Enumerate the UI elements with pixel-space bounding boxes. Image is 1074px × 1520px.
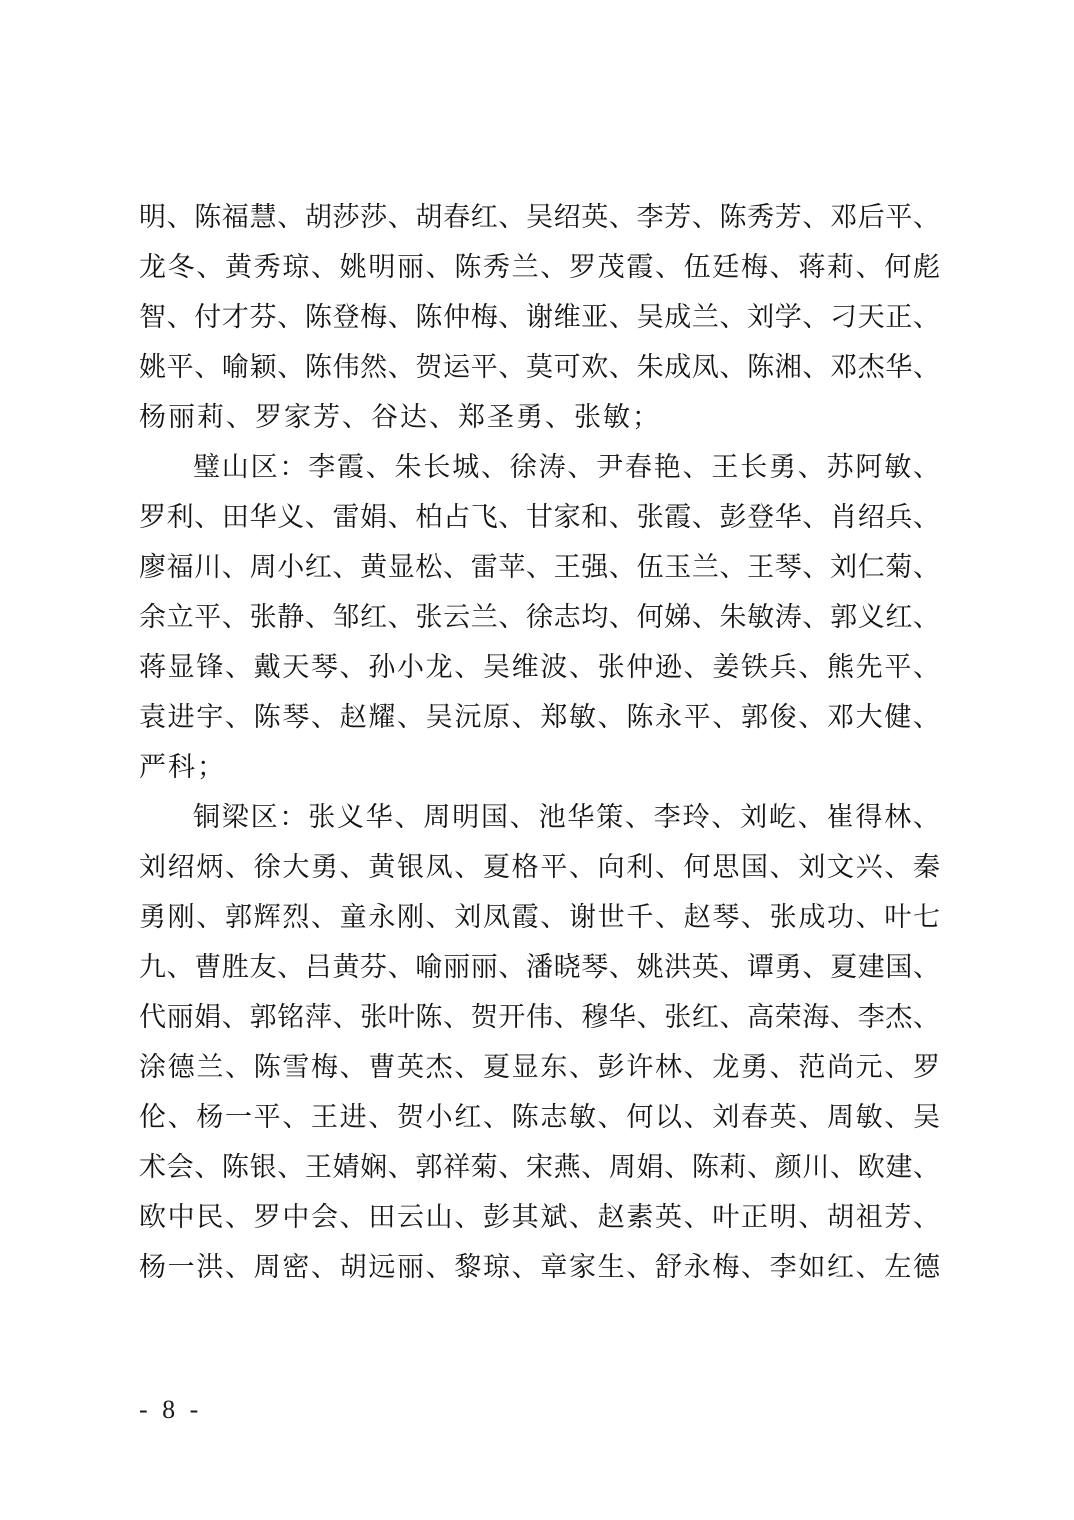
text-line: 涂德兰、陈雪梅、曹英杰、夏显东、彭许林、龙勇、范尚元、罗: [139, 1042, 940, 1092]
text-line: 智、付才芬、陈登梅、陈仲梅、谢维亚、吴成兰、刘学、刁天正、: [139, 292, 940, 342]
text-line: 罗利、田华义、雷娟、柏占飞、甘家和、张霞、彭登华、肖绍兵、: [139, 492, 940, 542]
text-line: 代丽娟、郭铭萍、张叶陈、贺开伟、穆华、张红、高荣海、李杰、: [139, 992, 940, 1042]
text-line: 蒋显锋、戴天琴、孙小龙、吴维波、张仲逊、姜铁兵、熊先平、: [139, 642, 940, 692]
page-number: - 8 -: [139, 1395, 202, 1425]
text-line-paragraph-end: 杨丽莉、罗家芳、谷达、郑圣勇、张敏；: [139, 392, 940, 442]
text-line: 龙冬、黄秀琼、姚明丽、陈秀兰、罗茂霞、伍廷梅、蒋莉、何彪: [139, 242, 940, 292]
text-line: 刘绍炳、徐大勇、黄银凤、夏格平、向利、何思国、刘文兴、秦: [139, 842, 940, 892]
text-line: 明、陈福慧、胡莎莎、胡春红、吴绍英、李芳、陈秀芳、邓后平、: [139, 192, 940, 242]
text-line-tongliang-district-start: 铜梁区：张义华、周明国、池华策、李玲、刘屹、崔得林、: [139, 792, 940, 842]
text-line: 勇刚、郭辉烈、童永刚、刘凤霞、谢世千、赵琴、张成功、叶七: [139, 892, 940, 942]
text-line: 九、曹胜友、吕黄芬、喻丽丽、潘晓琴、姚洪英、谭勇、夏建国、: [139, 942, 940, 992]
text-line: 欧中民、罗中会、田云山、彭其斌、赵素英、叶正明、胡祖芳、: [139, 1192, 940, 1242]
text-line: 伦、杨一平、王进、贺小红、陈志敏、何以、刘春英、周敏、吴: [139, 1092, 940, 1142]
text-line: 廖福川、周小红、黄显松、雷苹、王强、伍玉兰、王琴、刘仁菊、: [139, 542, 940, 592]
name-list-text: 明、陈福慧、胡莎莎、胡春红、吴绍英、李芳、陈秀芳、邓后平、 龙冬、黄秀琼、姚明丽…: [139, 192, 940, 1292]
text-line-bishan-district-start: 璧山区：李霞、朱长城、徐涛、尹春艳、王长勇、苏阿敏、: [139, 442, 940, 492]
text-line-paragraph-end: 严科；: [139, 742, 940, 792]
document-page: 明、陈福慧、胡莎莎、胡春红、吴绍英、李芳、陈秀芳、邓后平、 龙冬、黄秀琼、姚明丽…: [0, 0, 1074, 1520]
text-line: 术会、陈银、王婧娴、郭祥菊、宋燕、周娟、陈莉、颜川、欧建、: [139, 1142, 940, 1192]
text-line: 姚平、喻颖、陈伟然、贺运平、莫可欢、朱成凤、陈湘、邓杰华、: [139, 342, 940, 392]
text-line: 袁进宇、陈琴、赵耀、吴沅原、郑敏、陈永平、郭俊、邓大健、: [139, 692, 940, 742]
text-line: 余立平、张静、邹红、张云兰、徐志均、何娣、朱敏涛、郭义红、: [139, 592, 940, 642]
text-line: 杨一洪、周密、胡远丽、黎琼、章家生、舒永梅、李如红、左德: [139, 1242, 940, 1292]
